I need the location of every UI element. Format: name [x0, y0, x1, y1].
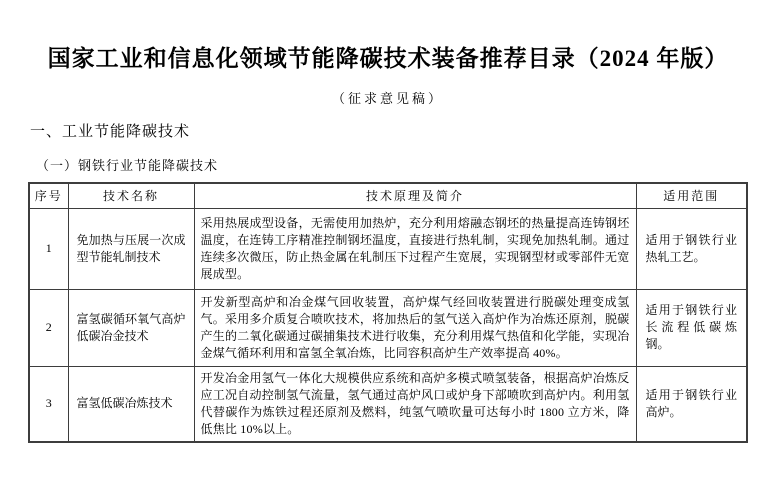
column-header-technology-name: 技术名称 [68, 183, 194, 208]
section-heading-level1: 一、工业节能降碳技术 [30, 120, 190, 141]
cell-technology-name: 富氢低碳冶炼技术 [68, 366, 194, 442]
cell-serial-number: 3 [29, 366, 68, 442]
cell-serial-number: 1 [29, 208, 68, 289]
column-header-principle: 技术原理及简介 [194, 183, 636, 208]
column-header-scope: 适用范围 [636, 183, 747, 208]
cell-principle: 开发新型高炉和冶金煤气回收装置，高炉煤气经回收装置进行脱碳处理变成氢气。采用多介… [194, 289, 636, 366]
document-page: 国家工业和信息化领域节能降碳技术装备推荐目录（2024 年版） （征求意见稿） … [0, 0, 776, 482]
cell-technology-name: 富氢碳循环氧气高炉低碳冶金技术 [68, 289, 194, 366]
cell-principle: 开发冶金用氢气一体化大规模供应系统和高炉多模式喷氢装备，根据高炉冶炼反应工况自动… [194, 366, 636, 442]
table-header-row: 序号 技术名称 技术原理及简介 适用范围 [29, 183, 747, 208]
table-row: 1 免加热与压展一次成型节能轧制技术 采用热展成型设备，无需使用加热炉，充分利用… [29, 208, 747, 289]
cell-serial-number: 2 [29, 289, 68, 366]
document-title: 国家工业和信息化领域节能降碳技术装备推荐目录（2024 年版） [0, 40, 776, 73]
cell-scope: 适用于钢铁行业长流程低碳炼钢。 [636, 289, 747, 366]
cell-principle: 采用热展成型设备，无需使用加热炉，充分利用熔融态钢坯的热量提高连铸钢坯温度，在连… [194, 208, 636, 289]
cell-scope: 适用于钢铁行业高炉。 [636, 366, 747, 442]
table-row: 3 富氢低碳冶炼技术 开发冶金用氢气一体化大规模供应系统和高炉多模式喷氢装备，根… [29, 366, 747, 442]
table-row: 2 富氢碳循环氧气高炉低碳冶金技术 开发新型高炉和冶金煤气回收装置，高炉煤气经回… [29, 289, 747, 366]
technology-table: 序号 技术名称 技术原理及简介 适用范围 1 免加热与压展一次成型节能轧制技术 … [28, 182, 748, 443]
section-heading-level2: （一）钢铁行业节能降碳技术 [36, 155, 218, 174]
cell-scope: 适用于钢铁行业热轧工艺。 [636, 208, 747, 289]
document-subtitle: （征求意见稿） [0, 88, 776, 107]
cell-technology-name: 免加热与压展一次成型节能轧制技术 [68, 208, 194, 289]
column-header-serial-number: 序号 [29, 183, 68, 208]
